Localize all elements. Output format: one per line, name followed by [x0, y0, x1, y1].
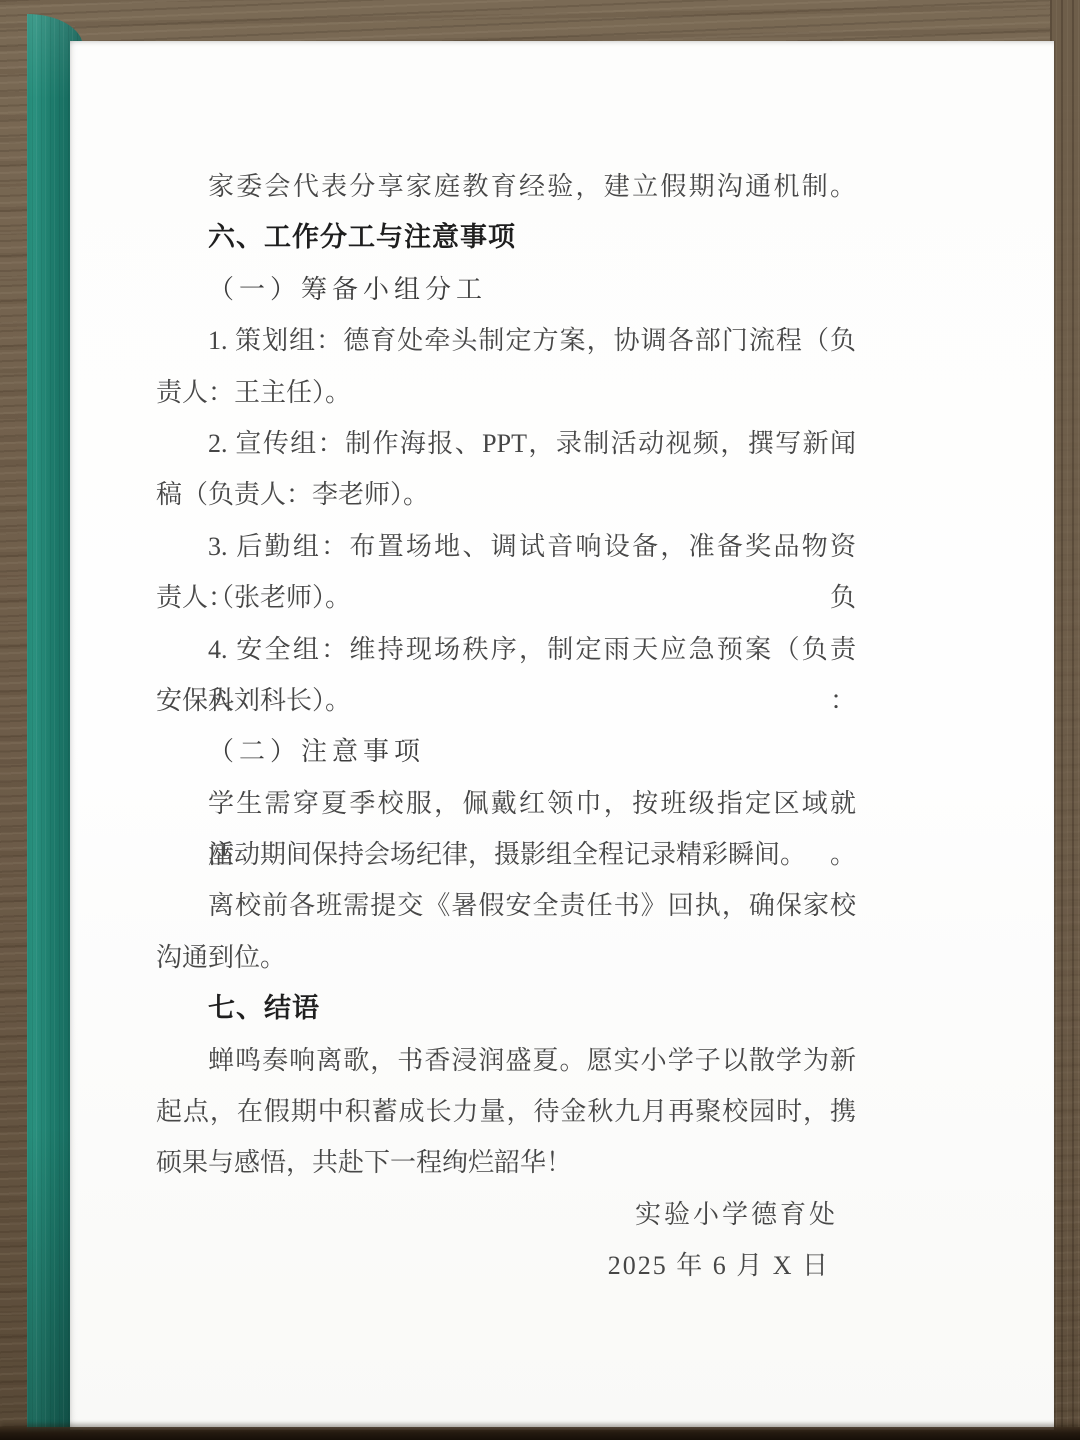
doc-line: 稿（负责人：李老师）。	[156, 469, 856, 520]
sub-section-heading: （一）筹备小组分工	[156, 264, 856, 315]
section-heading: 七、结语	[156, 983, 856, 1034]
doc-line: 沟通到位。	[156, 932, 856, 983]
signature-line: 实验小学德育处	[156, 1189, 856, 1240]
doc-line: 硕果与感悟，共赴下一程绚烂韶华！	[156, 1137, 856, 1188]
desk-shadow-bottom	[0, 1427, 1080, 1440]
doc-line: 活动期间保持会场纪律，摄影组全程记录精彩瞬间。	[156, 829, 856, 880]
doc-line: 起点，在假期中积蓄成长力量，待金秋九月再聚校园时，携	[156, 1086, 856, 1137]
paper-sheet: 家委会代表分享家庭教育经验，建立假期沟通机制。六、工作分工与注意事项（一）筹备小…	[70, 41, 1054, 1430]
doc-line: 2. 宣传组：制作海报、PPT，录制活动视频，撰写新闻	[156, 418, 856, 469]
doc-line: 蝉鸣奏响离歌，书香浸润盛夏。愿实小学子以散学为新	[156, 1035, 856, 1086]
document-text: 家委会代表分享家庭教育经验，建立假期沟通机制。六、工作分工与注意事项（一）筹备小…	[156, 161, 856, 1292]
doc-line: 家委会代表分享家庭教育经验，建立假期沟通机制。	[156, 161, 856, 212]
date-line: 2025 年 6 月 X 日	[156, 1240, 856, 1291]
sub-section-heading: （二）注意事项	[156, 726, 856, 777]
doc-line: 学生需穿夏季校服，佩戴红领巾，按班级指定区域就座。	[156, 778, 856, 829]
doc-line: 3. 后勤组：布置场地、调试音响设备，准备奖品物资（负	[156, 521, 856, 572]
doc-line: 4. 安全组：维持现场秩序，制定雨天应急预案（负责人：	[156, 624, 856, 675]
doc-line: 1. 策划组：德育处牵头制定方案，协调各部门流程（负	[156, 315, 856, 366]
doc-line: 离校前各班需提交《暑假安全责任书》回执，确保家校	[156, 880, 856, 931]
doc-line: 责人：王主任）。	[156, 367, 856, 418]
desk-right-grain	[1050, 0, 1080, 1440]
section-heading: 六、工作分工与注意事项	[156, 212, 856, 263]
